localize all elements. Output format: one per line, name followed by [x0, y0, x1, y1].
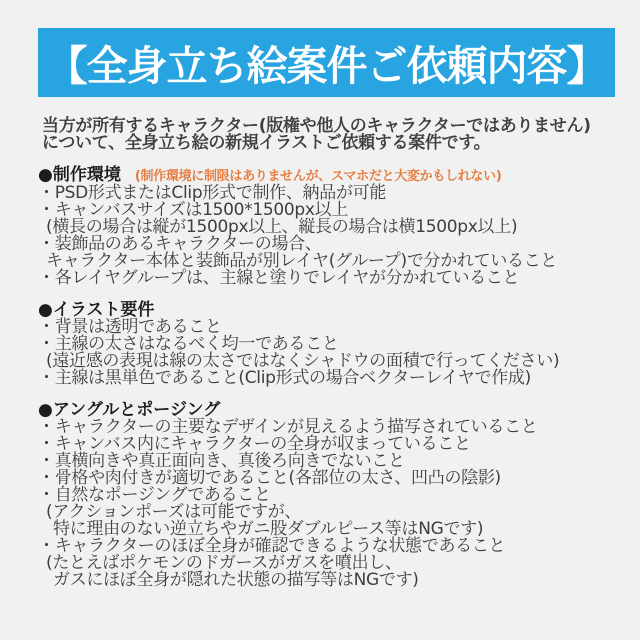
intro-paragraph: 当方が所有するキャラクター(版権や他人のキャラクターではありません) について、… — [38, 118, 622, 152]
requirement-line: ・各レイヤグループは、主線と塗りでレイヤが分かれていること — [38, 270, 622, 287]
page-title: 【全身立ち絵案件ご依頼内容】 — [47, 33, 607, 92]
intro-line: について、全身立ち絵の新規イラストご依頼する案件です。 — [42, 135, 622, 152]
section-heading: ●制作環境 — [38, 167, 121, 184]
section-illustration-requirements: ●イラスト要件 ・背景は透明であること ・主線の太さはなるべく均一であること (… — [38, 302, 622, 387]
section-angle-and-posing: ●アングルとポージング ・キャラクターの主要なデザインが見えるよう描写されている… — [38, 402, 622, 589]
section-production-environment: ●制作環境 (制作環境に制限はありませんが、スマホだと大変かもしれない) ・PS… — [38, 167, 622, 287]
requirement-line: ・主線は黒単色であること(Clip形式の場合ベクターレイヤで作成) — [38, 370, 622, 387]
title-banner: 【全身立ち絵案件ご依頼内容】 — [38, 28, 615, 97]
requirement-line: ガスにほぼ全身が隠れた状態の描写等はNGです) — [38, 572, 622, 589]
commission-notice-page: { "banner": { "title": "【全身立ち絵案件ご依頼内容】",… — [0, 0, 640, 640]
notice-body: 当方が所有するキャラクター(版権や他人のキャラクターではありません) について、… — [38, 118, 622, 589]
